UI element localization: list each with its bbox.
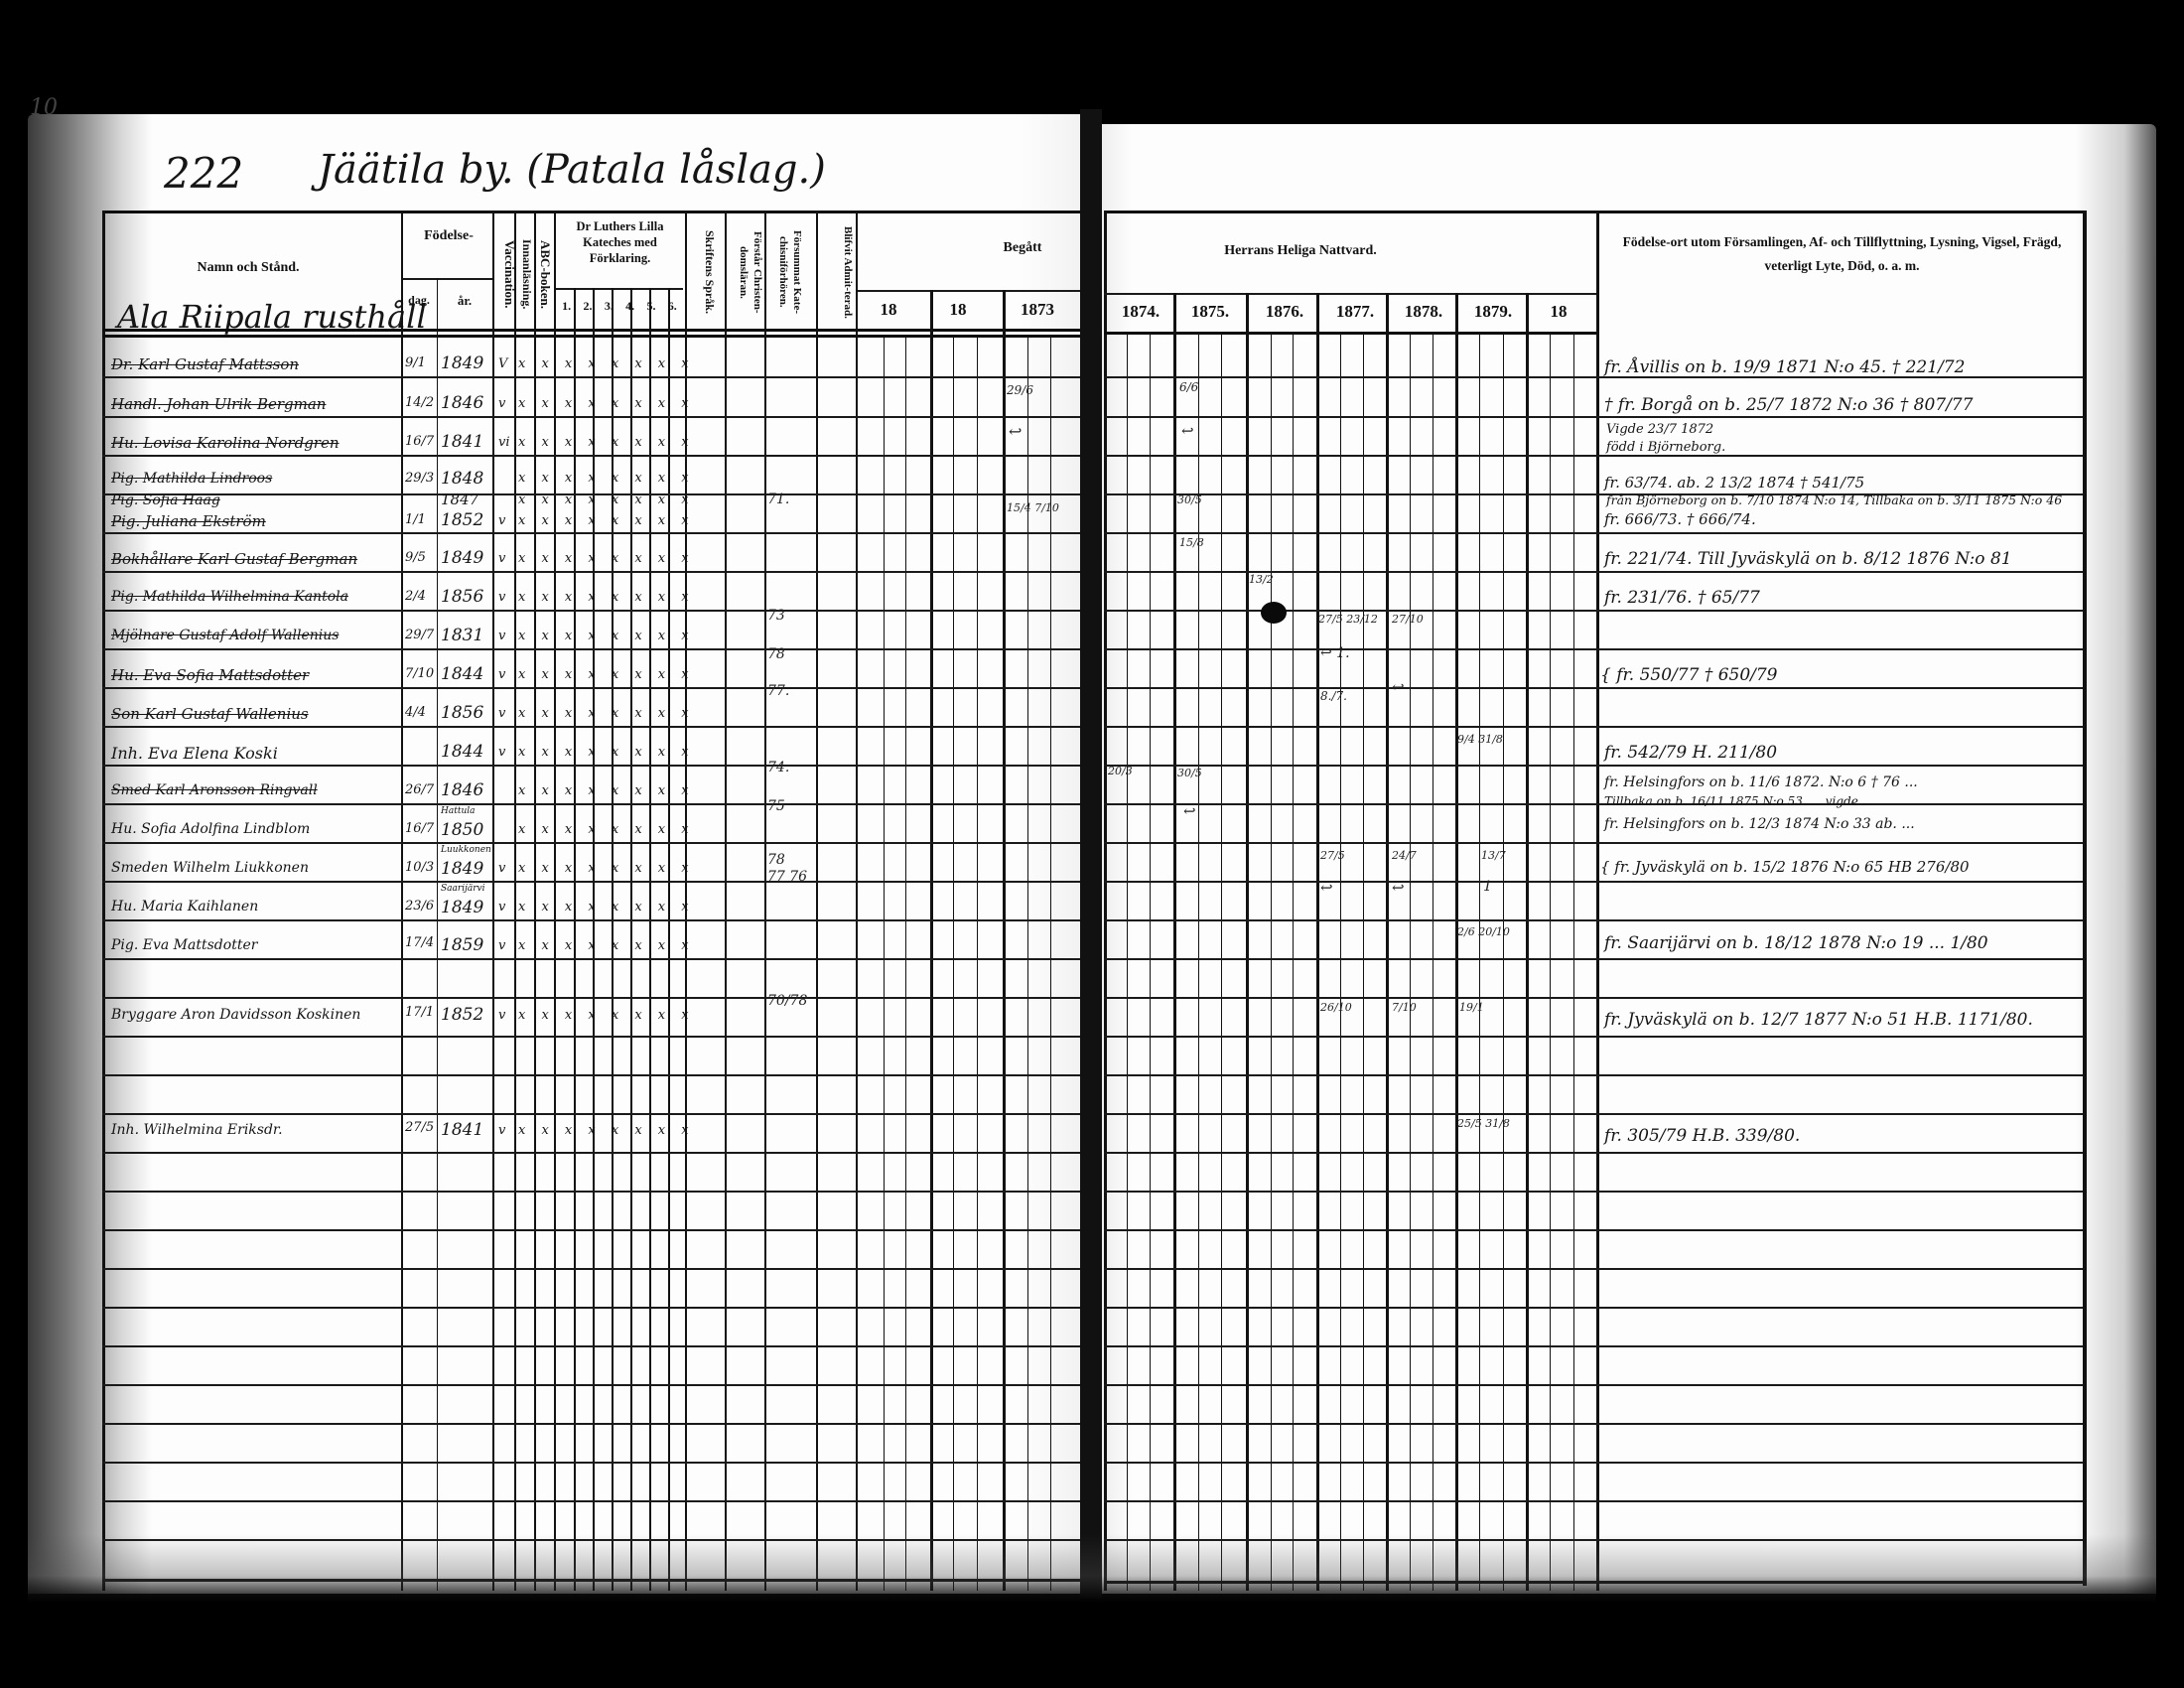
birth-year: 1844	[441, 742, 483, 762]
birth-year: 1831	[441, 626, 483, 645]
remarks-heading: Födelse-ort utom Församlingen, Af- och T…	[1606, 230, 2078, 278]
communion-year-1879: 1879.	[1457, 302, 1529, 322]
birth-day: 29/3	[405, 471, 434, 486]
birth-year: 1852	[441, 1005, 483, 1025]
person-name: Inh. Wilhelmina Eriksdr.	[111, 1122, 283, 1138]
remark: fr. 305/79 H.B. 339/80.	[1604, 1126, 1800, 1146]
catechism-marks: x x x x x x x x	[518, 745, 695, 760]
forsummat-note: 74.	[767, 760, 789, 775]
person-name: Hu. Maria Kaihlanen	[111, 899, 258, 914]
page-number: 222	[164, 149, 243, 198]
communion-note: ↩ 1.	[1320, 645, 1350, 661]
catechism-marks: x x x x x x x x	[518, 938, 695, 953]
person-name: Hu. Lovisa Karolina Nordgren	[111, 434, 340, 452]
communion-note: ↩	[1392, 678, 1405, 696]
remark: från Björneborg on b. 7/10 1874 N:o 14, …	[1606, 492, 2062, 507]
catechism-marks: x x x x x x x x	[518, 492, 695, 507]
header-skriftens: Skriftens Språk.	[695, 216, 717, 328]
book-gutter	[1080, 109, 1102, 1599]
catechism-marks: x x x x x x x x	[518, 396, 695, 411]
birth-year: 1849	[441, 898, 483, 917]
remark: † fr. Borgå on b. 25/7 1872 N:o 36 † 807…	[1604, 395, 1973, 415]
catechism-marks: x x x x x x x x	[518, 1008, 695, 1023]
vaccination-mark: vi	[498, 435, 510, 450]
birth-year: 1846	[441, 780, 483, 800]
person-name: Hu. Eva Sofia Mattsdotter	[111, 666, 309, 684]
catechism-marks: x x x x x x x x	[518, 629, 695, 643]
birth-year: 1841	[441, 432, 483, 452]
vaccination-mark: v	[498, 1123, 505, 1138]
communion-note: 15/8	[1179, 536, 1204, 549]
header-catechism: Dr Luthers Lilla Kateches med Förklaring…	[558, 218, 682, 266]
remark: fr. Helsingfors on b. 12/3 1874 N:o 33 a…	[1604, 816, 1915, 832]
birth-day: 26/7	[405, 782, 434, 797]
vaccination-mark: v	[498, 745, 505, 760]
communion-year-blank: 18	[1529, 302, 1588, 322]
birth-year: 1859	[441, 935, 483, 955]
catechism-part-2: 2.	[577, 288, 598, 328]
begatt-note: ↩	[1009, 422, 1022, 441]
birth-day: 2/4	[405, 589, 426, 604]
header-birth-year: år.	[437, 293, 492, 309]
catechism-marks: x x x x x x x x	[518, 590, 695, 605]
birth-year: 1847	[441, 491, 478, 508]
communion-year-1878: 1878.	[1390, 302, 1457, 322]
forsummat-note: 78	[767, 646, 785, 662]
communion-year-1876: 1876.	[1249, 302, 1320, 322]
person-name: Pig. Juliana Ekström	[111, 512, 266, 530]
birth-day: 29/7	[405, 628, 434, 642]
birth-year: 1849	[441, 353, 483, 373]
forsummat-note: 73	[767, 608, 785, 624]
person-name: Bryggare Aron Davidsson Koskinen	[111, 1007, 360, 1023]
vaccination-mark: v	[498, 900, 505, 914]
communion-note: 30/5	[1177, 767, 1202, 779]
birth-day: 1/1	[405, 512, 426, 527]
forsummat-note: 77 76	[767, 869, 807, 885]
remark: fr. Åvillis on b. 19/9 1871 N:o 45. † 22…	[1604, 357, 1965, 377]
person-name: Pig. Eva Mattsdotter	[111, 937, 257, 953]
header-begatt: Begått	[983, 240, 1062, 256]
vaccination-mark: v	[498, 861, 505, 876]
forsummat-note: 75	[767, 798, 785, 814]
birth-day: 23/6	[405, 899, 434, 914]
communion-note: 2/6 20/10	[1457, 925, 1510, 938]
remark: fr. Helsingfors on b. 11/6 1872. N:o 6 †…	[1604, 774, 1918, 790]
catechism-marks: x x x x x x x x	[518, 900, 695, 914]
catechism-marks: x x x x x x x x	[518, 783, 695, 798]
remark: fr. Saarijärvi on b. 18/12 1878 N:o 19 .…	[1604, 933, 1988, 953]
communion-note: 6/6	[1179, 380, 1198, 394]
catechism-marks: x x x x x x x x	[518, 822, 695, 837]
remark: Tillbaka on b. 16/11 1875 N:o 53. ... vi…	[1604, 794, 1873, 808]
person-name: Handl. Johan Ulrik Bergman	[111, 395, 326, 413]
birth-year: 1856	[441, 703, 483, 723]
person-name: Hu. Sofia Adolfina Lindblom	[111, 821, 310, 837]
remark: fr. 231/76. † 65/77	[1604, 588, 1760, 608]
catechism-marks: x x x x x x x x	[518, 667, 695, 682]
communion-note: 20/3	[1108, 765, 1133, 777]
person-name: Bokhållare Karl Gustaf Bergman	[111, 550, 357, 568]
vaccination-mark: v	[498, 551, 505, 566]
person-name: Mjölnare Gustaf Adolf Wallenius	[111, 628, 339, 643]
birth-day: 10/3	[405, 860, 434, 875]
catechism-marks: x x x x x x x x	[518, 706, 695, 721]
communion-note: 13/2	[1249, 573, 1274, 586]
communion-note: ↩	[1392, 879, 1405, 897]
person-name: Pig. Sofia Haag	[111, 492, 220, 508]
header-birth-day: dag.	[401, 293, 437, 308]
header-innanlasning: Innanläsning.	[514, 220, 534, 328]
communion-note: 8./7.	[1320, 689, 1347, 703]
person-name: Inh. Eva Elena Koski	[111, 744, 278, 763]
birth-day: 17/4	[405, 935, 434, 950]
remark: fr. 542/79 H. 211/80	[1604, 743, 1777, 763]
begatt-year-1: 18	[859, 300, 918, 320]
catechism-marks: x x x x x x x x	[518, 356, 695, 371]
remark: fr. Jyväskylä on b. 12/7 1877 N:o 51 H.B…	[1604, 1010, 2033, 1030]
forsummat-note: 78	[767, 852, 785, 868]
vaccination-mark: v	[498, 590, 505, 605]
vaccination-mark: v	[498, 513, 505, 528]
person-name: Dr. Karl Gustaf Mattsson	[111, 355, 299, 373]
person-name: Smeden Wilhelm Liukkonen	[111, 860, 309, 876]
communion-note: ↩	[1183, 802, 1196, 820]
birth-year: 1849	[441, 859, 483, 879]
communion-note: 25/5 31/8	[1457, 1117, 1510, 1130]
vaccination-mark: v	[498, 667, 505, 682]
birth-year: 1844	[441, 664, 483, 684]
vaccination-mark: V	[498, 356, 507, 371]
vaccination-mark: v	[498, 629, 505, 643]
communion-heading: Herrans Heliga Nattvard.	[1171, 243, 1430, 259]
vaccination-mark: v	[498, 938, 505, 953]
birth-day: 7/10	[405, 666, 434, 681]
birth-day: 4/4	[405, 705, 426, 720]
birth-year: 1850	[441, 820, 483, 840]
forsummat-note: 77.	[767, 683, 789, 699]
remark: fr. 63/74. ab. 2 13/2 1874 † 541/75	[1604, 474, 1864, 492]
begatt-note: 15/4 7/10	[1007, 501, 1059, 514]
begatt-note: 29/6	[1007, 383, 1033, 397]
vaccination-mark: v	[498, 396, 505, 411]
birth-year: 1848	[441, 469, 483, 489]
catechism-marks: x x x x x x x x	[518, 471, 695, 486]
communion-note: 26/10	[1320, 1001, 1352, 1014]
communion-year-1875: 1875.	[1179, 302, 1241, 322]
header-forsummat: Försummat Kate-chisniförhören.	[766, 216, 804, 328]
catechism-marks: x x x x x x x x	[518, 513, 695, 528]
communion-note: ↩	[1181, 422, 1194, 440]
begatt-year-3: 1873	[1003, 300, 1072, 320]
birth-day: 17/1	[405, 1005, 434, 1020]
corner-mark: 10	[30, 95, 58, 120]
catechism-marks: x x x x x x x x	[518, 435, 695, 450]
communion-note: 27/10	[1392, 613, 1424, 626]
birth-place: Luukkonen	[441, 845, 491, 855]
communion-note: 19/1	[1459, 1001, 1484, 1014]
communion-note: 7/10	[1392, 1001, 1417, 1014]
vaccination-mark: v	[498, 706, 505, 721]
communion-year-1874: 1874.	[1110, 302, 1171, 322]
header-forstar: Förstår Christen-domsläran.	[729, 216, 764, 328]
person-name: Son Karl Gustaf Wallenius	[111, 705, 309, 723]
communion-note: 27/5 23/12	[1318, 613, 1378, 626]
remark: { fr. Jyväskylä on b. 15/2 1876 N:o 65 H…	[1600, 858, 1970, 876]
birth-day: 16/7	[405, 821, 434, 836]
remark: fr. 221/74. Till Jyväskylä on b. 8/12 18…	[1604, 549, 2012, 569]
birth-year: 1852	[441, 510, 483, 530]
birth-day: 9/5	[405, 550, 426, 565]
village-title: Jäätila by. (Patala låslag.)	[318, 147, 826, 193]
remark: Vigde 23/7 1872	[1606, 422, 1713, 437]
page-bottom-shadow	[28, 1534, 2156, 1604]
birth-day: 27/5	[405, 1120, 434, 1135]
birth-year: 1856	[441, 587, 483, 607]
person-name: Pig. Mathilda Lindroos	[111, 471, 272, 487]
person-name: Pig. Mathilda Wilhelmina Kantola	[111, 589, 348, 605]
header-abc: ABC-boken.	[533, 220, 553, 328]
communion-note: 30/5	[1177, 493, 1202, 506]
birth-day: 14/2	[405, 395, 434, 410]
birth-day: 16/7	[405, 434, 434, 449]
vaccination-mark: v	[498, 1008, 505, 1023]
header-birth: Födelse-	[405, 228, 492, 244]
forsummat-note: 71.	[767, 492, 789, 507]
remark: fr. 666/73. † 666/74.	[1604, 510, 1756, 528]
catechism-marks: x x x x x x x x	[518, 551, 695, 566]
communion-note: 24/7	[1392, 849, 1417, 862]
catechism-part-3: 3.	[599, 288, 619, 328]
birth-year: 1849	[441, 548, 483, 568]
header-admitterad: Blifvit Admit-terad.	[819, 216, 855, 328]
communion-note: 27/5	[1320, 849, 1345, 862]
communion-note: 1	[1483, 879, 1492, 895]
person-name: Smed Karl Aronsson Ringvall	[111, 782, 318, 798]
communion-year-1877: 1877.	[1320, 302, 1390, 322]
catechism-marks: x x x x x x x x	[518, 1123, 695, 1138]
header-name: Namn och Stånd.	[119, 260, 377, 276]
communion-note: 13/7	[1481, 849, 1506, 862]
birth-place: Saarijärvi	[441, 884, 485, 894]
catechism-marks: x x x x x x x x	[518, 861, 695, 876]
birth-year: 1841	[441, 1120, 483, 1140]
birth-year: 1846	[441, 393, 483, 413]
communion-note: ↩	[1320, 879, 1333, 897]
forsummat-note: 70/78	[767, 993, 807, 1009]
birth-day: 9/1	[405, 355, 426, 370]
remark: { fr. 550/77 † 650/79	[1600, 665, 1778, 685]
remark: född i Björneborg.	[1606, 440, 1725, 455]
birth-place: Hattula	[441, 806, 476, 816]
catechism-part-6: 6.	[662, 288, 683, 328]
ink-blot	[1261, 602, 1287, 624]
communion-note: 9/4 31/8	[1457, 733, 1503, 746]
begatt-year-2: 18	[928, 300, 988, 320]
